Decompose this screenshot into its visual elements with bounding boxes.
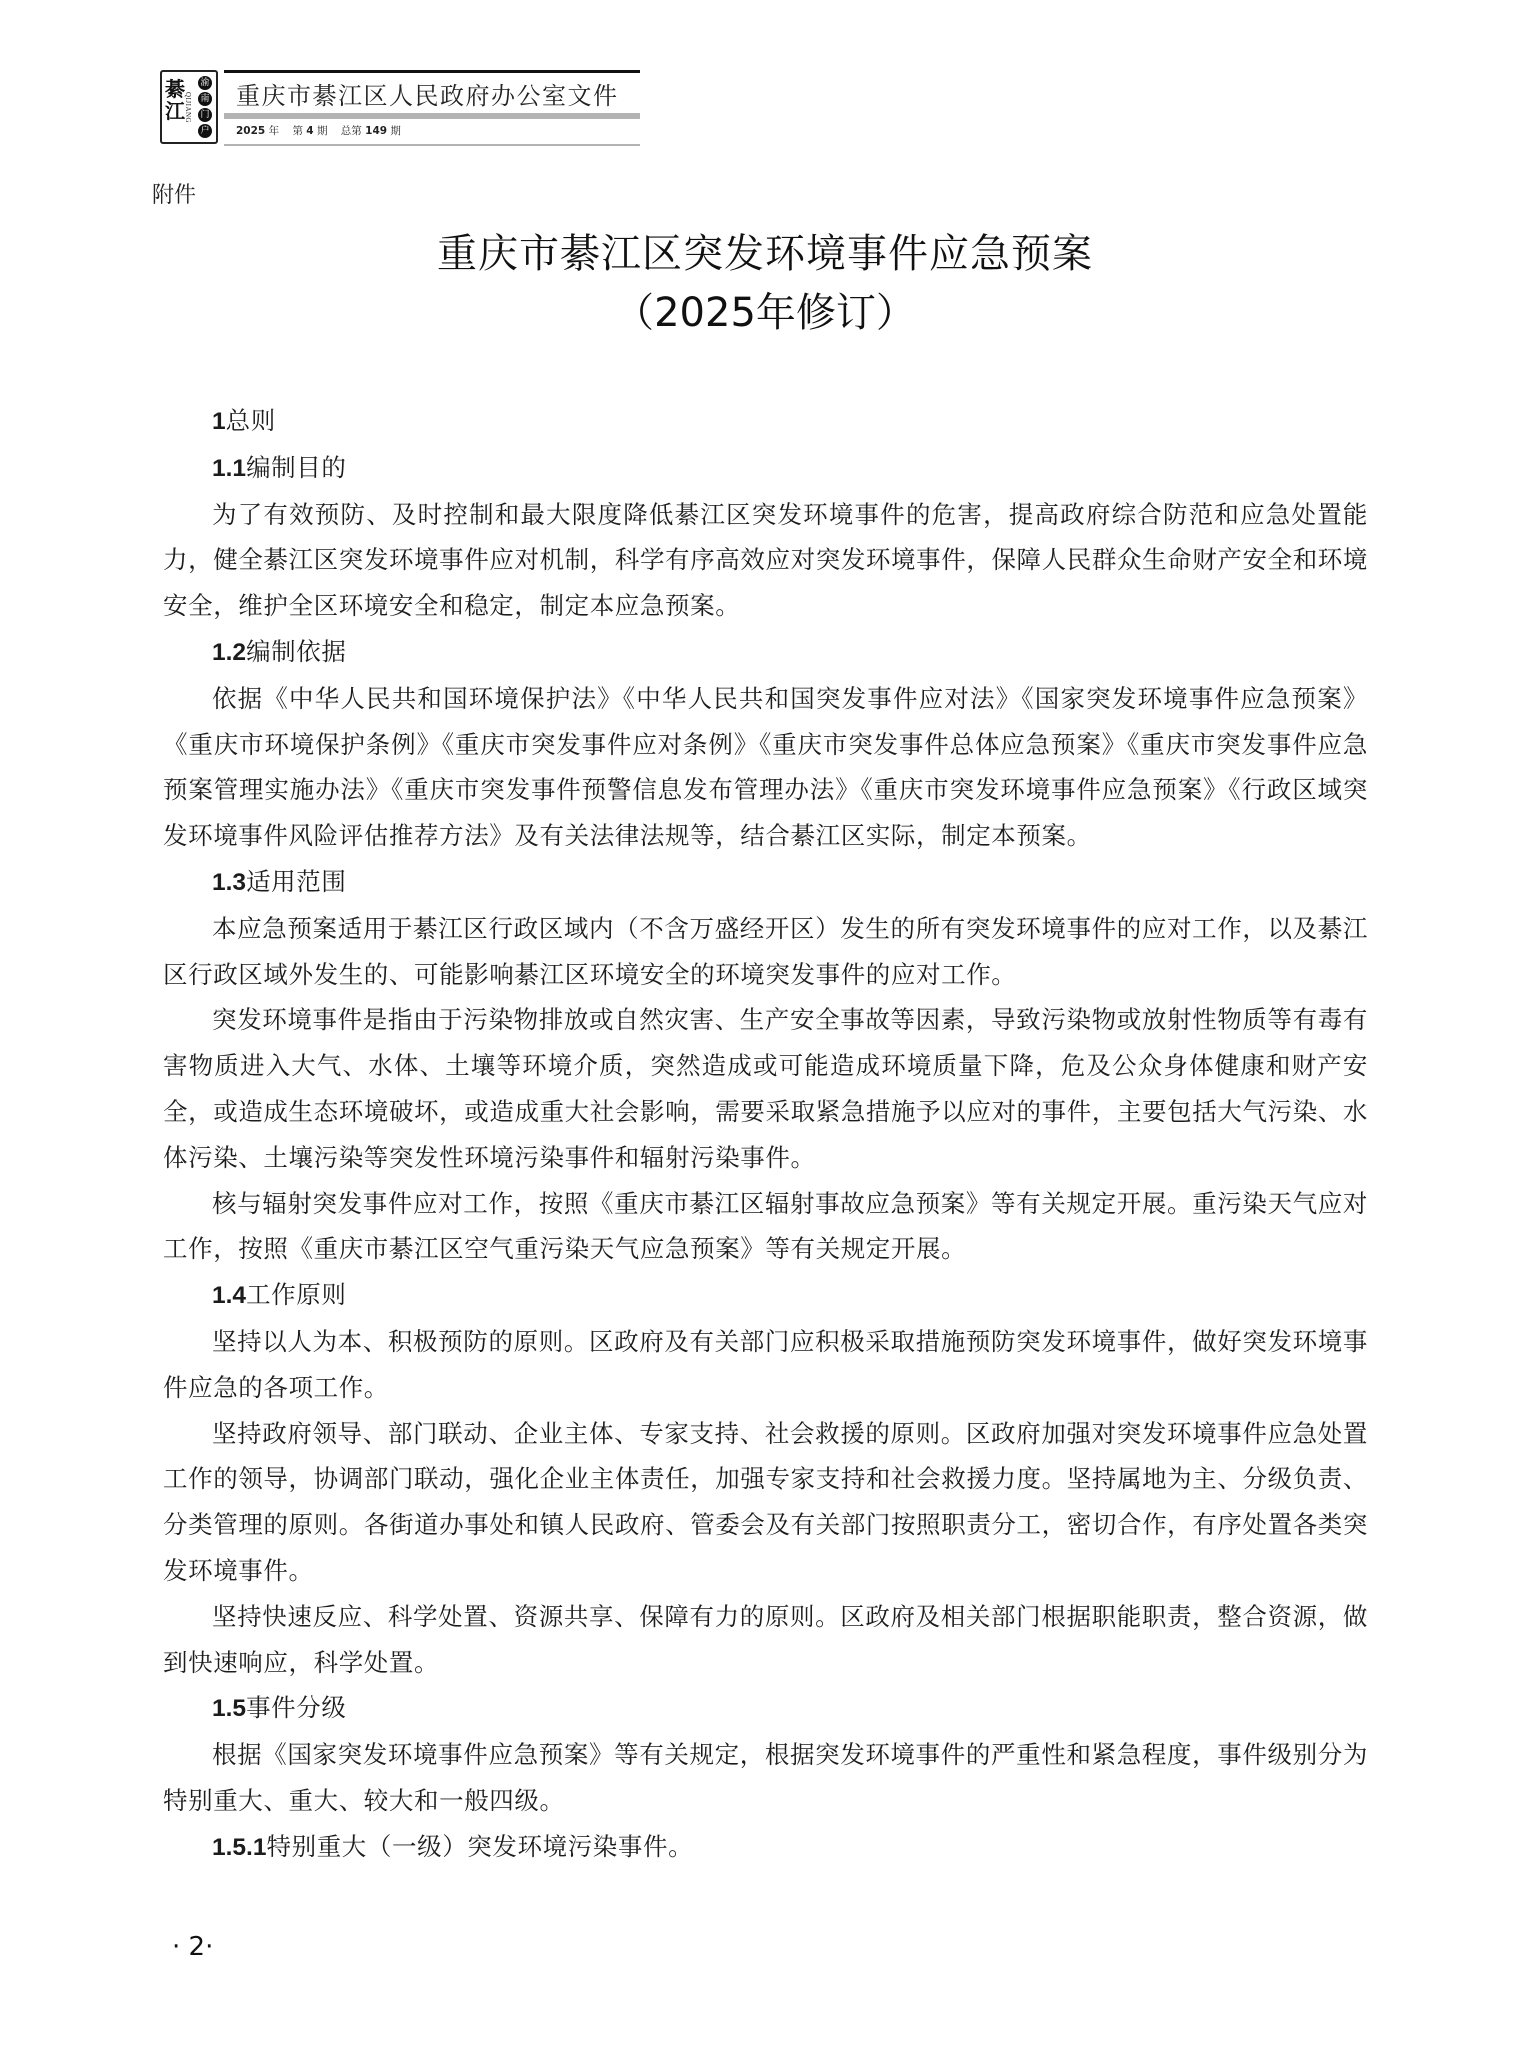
header-bottom-rule xyxy=(224,144,640,146)
logo-circle-icon: 渝 xyxy=(198,76,212,90)
document-title: 重庆市綦江区突发环境事件应急预案 xyxy=(0,225,1530,283)
section-heading: 1.4工作原则 xyxy=(163,1272,1368,1319)
section-heading-text: 特别重大（一级）突发环境污染事件。 xyxy=(267,1832,694,1861)
paragraph: 突发环境事件是指由于污染物排放或自然灾害、生产安全事故等因素，导致污染物或放射性… xyxy=(163,997,1368,1180)
section-heading: 1总则 xyxy=(163,398,1368,445)
section-heading-text: 编制目的 xyxy=(246,453,346,482)
section-heading-text: 事件分级 xyxy=(246,1693,346,1722)
publication-title: 重庆市綦江区人民政府办公室文件 xyxy=(236,76,619,111)
section-number: 1.4 xyxy=(212,1282,246,1309)
section-number: 1.1 xyxy=(212,455,246,482)
section-number: 1 xyxy=(212,408,226,435)
paragraph: 坚持政府领导、部门联动、企业主体、专家支持、社会救援的原则。区政府加强对突发环境… xyxy=(163,1411,1368,1594)
paragraph: 本应急预案适用于綦江区行政区域内（不含万盛经开区）发生的所有突发环境事件的应对工… xyxy=(163,906,1368,998)
paragraph: 核与辐射突发事件应对工作，按照《重庆市綦江区辐射事故应急预案》等有关规定开展。重… xyxy=(163,1181,1368,1273)
section-heading: 1.3适用范围 xyxy=(163,859,1368,906)
section-heading: 1.5.1特别重大（一级）突发环境污染事件。 xyxy=(163,1824,1368,1871)
section-heading-text: 工作原则 xyxy=(246,1280,346,1309)
logo-circle-icon: 户 xyxy=(198,124,212,138)
logo-pinyin: QIJIANG xyxy=(184,92,192,123)
section-heading: 1.5事件分级 xyxy=(163,1685,1368,1732)
section-number: 1.5 xyxy=(212,1695,246,1722)
section-heading: 1.1编制目的 xyxy=(163,445,1368,492)
attachment-label: 附件 xyxy=(152,178,196,209)
section-heading-text: 适用范围 xyxy=(246,867,346,896)
document-body: 1总则1.1编制目的为了有效预防、及时控制和最大限度降低綦江区突发环境事件的危害… xyxy=(163,398,1368,1871)
section-number: 1.2 xyxy=(212,639,246,666)
issue-info: 2025 年 第 4 期 总第 149 期 xyxy=(236,123,401,138)
section-number: 1.3 xyxy=(212,869,246,896)
logo-circle-badges: 渝 南 门 户 xyxy=(198,76,213,140)
paragraph: 依据《中华人民共和国环境保护法》《中华人民共和国突发事件应对法》《国家突发环境事… xyxy=(163,676,1368,859)
publication-header: 綦 江 QIJIANG 渝 南 门 户 重庆市綦江区人民政府办公室文件 2025… xyxy=(160,68,640,148)
logo-circle-icon: 南 xyxy=(198,92,212,106)
section-number: 1.5.1 xyxy=(212,1834,267,1861)
logo-circle-icon: 门 xyxy=(198,108,212,122)
section-heading-text: 编制依据 xyxy=(246,637,346,666)
paragraph: 坚持快速反应、科学处置、资源共享、保障有力的原则。区政府及相关部门根据职能职责，… xyxy=(163,1594,1368,1686)
paragraph: 根据《国家突发环境事件应急预案》等有关规定，根据突发环境事件的严重性和紧急程度，… xyxy=(163,1732,1368,1824)
paragraph: 为了有效预防、及时控制和最大限度降低綦江区突发环境事件的危害，提高政府综合防范和… xyxy=(163,492,1368,629)
document-subtitle: （2025年修订） xyxy=(0,285,1530,341)
section-heading-text: 总则 xyxy=(226,406,276,435)
header-middle-rule xyxy=(224,113,640,119)
page-number: · 2· xyxy=(172,1932,213,1962)
paragraph: 坚持以人为本、积极预防的原则。区政府及有关部门应积极采取措施预防突发环境事件，做… xyxy=(163,1319,1368,1411)
section-heading: 1.2编制依据 xyxy=(163,629,1368,676)
header-top-rule xyxy=(224,70,640,73)
qijiang-logo: 綦 江 QIJIANG 渝 南 门 户 xyxy=(160,70,218,144)
